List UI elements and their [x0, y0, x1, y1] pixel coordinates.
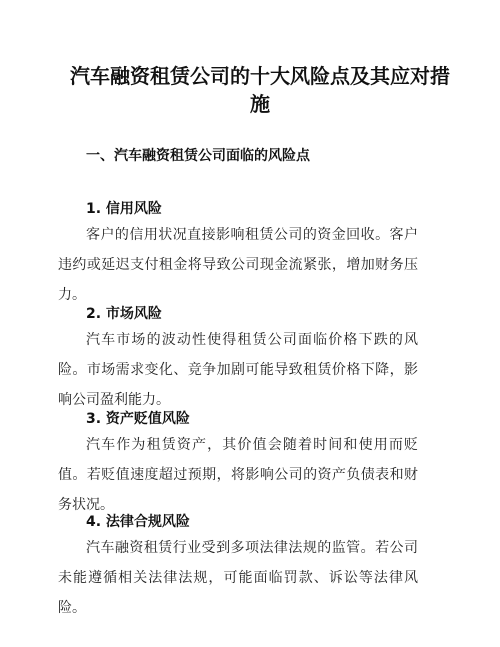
document-title: 汽车融资租赁公司的十大风险点及其应对措施 [70, 62, 450, 118]
risk-body-depreciation: 汽车作为租赁资产，其价值会随着时间和使用而贬值。若贬值速度超过预期，将影响公司的… [58, 430, 418, 520]
risk-body-credit: 客户的信用状况直接影响租赁公司的资金回收。客户违约或延迟支付租金将导致公司现金流… [58, 220, 418, 310]
risk-heading-depreciation: 3. 资产贬值风险 [86, 408, 190, 428]
risk-body-legal: 汽车融资租赁行业受到多项法律法规的监管。若公司未能遵循相关法律法规，可能面临罚款… [58, 533, 418, 623]
risk-body-market: 汽车市场的波动性使得租赁公司面临价格下跌的风险。市场需求变化、竞争加剧可能导致租… [58, 325, 418, 415]
risk-heading-legal: 4. 法律合规风险 [86, 511, 190, 531]
risk-heading-credit: 1. 信用风险 [86, 198, 162, 218]
risk-heading-market: 2. 市场风险 [86, 303, 162, 323]
section-heading: 一、汽车融资租赁公司面临的风险点 [86, 145, 310, 165]
document-page: 汽车融资租赁公司的十大风险点及其应对措施 一、汽车融资租赁公司面临的风险点 1.… [0, 0, 500, 647]
